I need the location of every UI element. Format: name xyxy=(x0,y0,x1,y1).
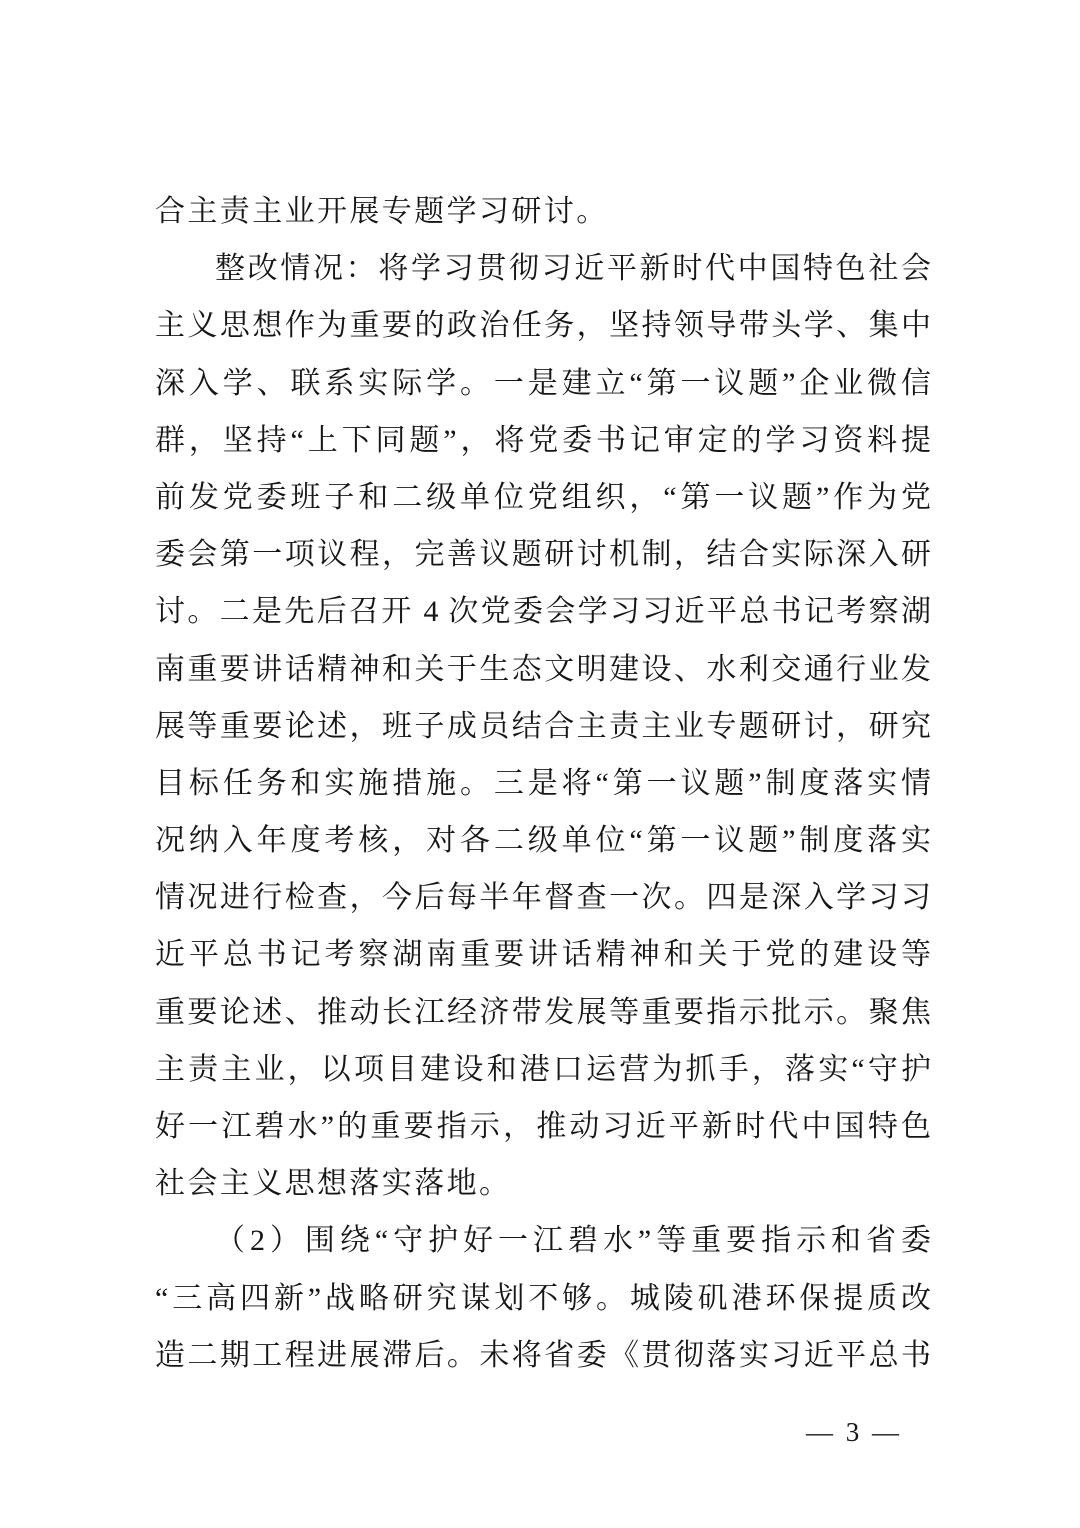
page-number: — 3 — xyxy=(806,1412,902,1452)
body-text: 合主责主业开展专题学习研讨。整改情况：将学习贯彻习近平新时代中国特色社会主义思想… xyxy=(155,183,931,1384)
text-line: 社会主义思想落实落地。 xyxy=(155,1155,931,1212)
text-line: 前发党委班子和二级单位党组织，“第一议题”作为党 xyxy=(155,469,931,526)
text-line: 近平总书记考察湖南重要讲话精神和关于党的建设等 xyxy=(155,926,931,983)
text-line: 展等重要论述，班子成员结合主责主业专题研讨，研究 xyxy=(155,698,931,755)
text-line: （2）围绕“守护好一江碧水”等重要指示和省委 xyxy=(155,1212,931,1269)
text-line: 目标任务和实施措施。三是将“第一议题”制度落实情 xyxy=(155,755,931,812)
document-page: 合主责主业开展专题学习研讨。整改情况：将学习贯彻习近平新时代中国特色社会主义思想… xyxy=(0,0,1080,1528)
text-line: 主义思想作为重要的政治任务，坚持领导带头学、集中 xyxy=(155,297,931,354)
text-line: 合主责主业开展专题学习研讨。 xyxy=(155,183,931,240)
text-line: 深入学、联系实际学。一是建立“第一议题”企业微信 xyxy=(155,355,931,412)
text-line: 委会第一项议程，完善议题研讨机制，结合实际深入研 xyxy=(155,526,931,583)
text-line: 主责主业，以项目建设和港口运营为抓手，落实“守护 xyxy=(155,1041,931,1098)
text-line: “三高四新”战略研究谋划不够。城陵矶港环保提质改 xyxy=(155,1270,931,1327)
text-line: 况纳入年度考核，对各二级单位“第一议题”制度落实 xyxy=(155,812,931,869)
text-line: 群，坚持“上下同题”，将党委书记审定的学习资料提 xyxy=(155,412,931,469)
text-line: 整改情况：将学习贯彻习近平新时代中国特色社会 xyxy=(155,240,931,297)
text-line: 讨。二是先后召开 4 次党委会学习习近平总书记考察湖 xyxy=(155,583,931,640)
text-line: 重要论述、推动长江经济带发展等重要指示批示。聚焦 xyxy=(155,984,931,1041)
text-line: 造二期工程进展滞后。未将省委《贯彻落实习近平总书 xyxy=(155,1327,931,1384)
text-line: 南重要讲话精神和关于生态文明建设、水利交通行业发 xyxy=(155,641,931,698)
text-line: 好一江碧水”的重要指示，推动习近平新时代中国特色 xyxy=(155,1098,931,1155)
text-line: 情况进行检查，今后每半年督查一次。四是深入学习习 xyxy=(155,869,931,926)
